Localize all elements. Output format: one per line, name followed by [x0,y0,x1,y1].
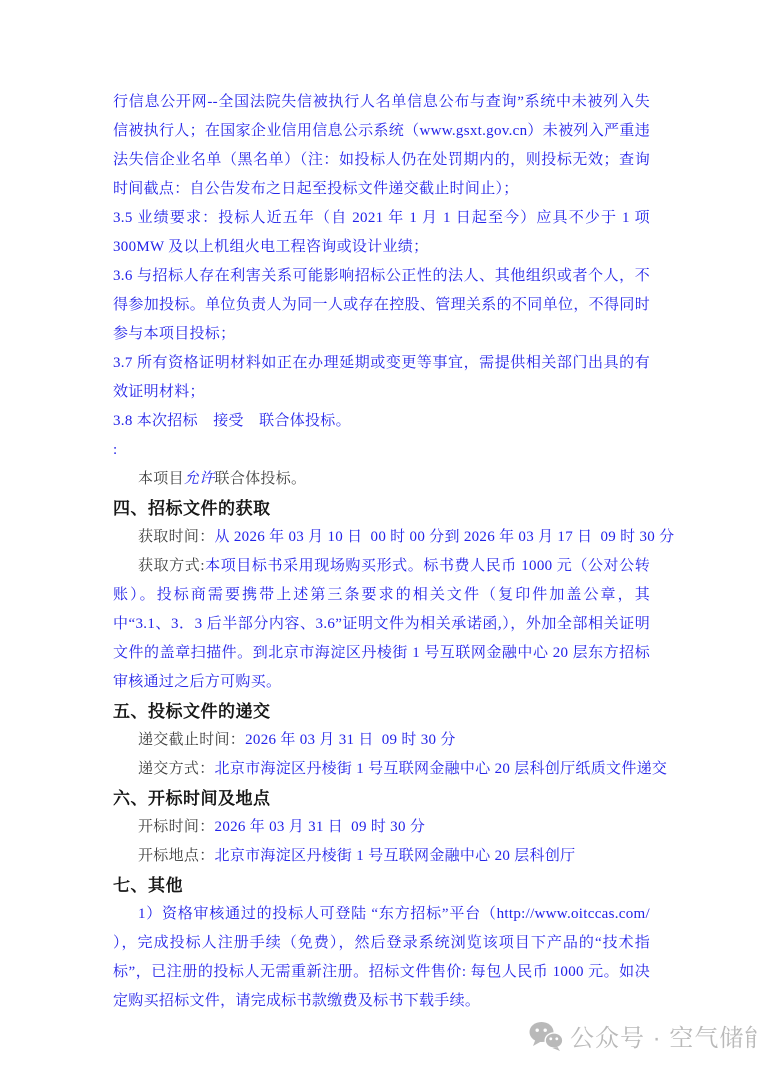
acquire-time-line: 获取时间：从 2026 年 03 月 10 日 00 时 00 分到 2026 … [113,523,650,552]
para-blacklist-continuation: 行信息公开网--全国法院失信被执行人名单信息公布与查询”系统中未被列入失信被执行… [113,88,650,204]
acquire-time-label: 获取时间： [113,529,215,545]
para-3-6-conflict-of-interest: 3.6 与招标人存在利害关系可能影响招标公正性的法人、其他组织或者个人，不得参加… [113,262,650,349]
consortium-suffix: 联合体投标。 [215,471,307,487]
submission-method-label: 递交方式： [113,761,215,777]
section-4-heading: 四、招标文件的获取 [113,494,650,523]
wechat-icon [529,1021,563,1051]
bid-opening-time-label: 开标时间： [113,819,215,835]
para-consortium-allowed: 本项目允许联合体投标。 [113,465,650,494]
acquire-method-value: 本项目标书采用现场购买形式。标书费人民币 1000 元（公对公转账）。投标商需要… [113,558,650,690]
para-3-7-certificate-materials: 3.7 所有资格证明材料如正在办理延期或变更等事宜，需提供相关部门出具的有效证明… [113,349,650,407]
bid-opening-place-label: 开标地点： [113,848,215,864]
para-3-8-consortium-accepted: 3.8 本次招标 接受 联合体投标。 [113,407,650,436]
document-page: 行信息公开网--全国法院失信被执行人名单信息公布与查询”系统中未被列入失信被执行… [113,88,650,1016]
consortium-emphasis: 允许 [184,471,215,487]
section-5-heading: 五、投标文件的递交 [113,697,650,726]
para-3-5-performance-requirement: 3.5 业绩要求：投标人近五年（自 2021 年 1 月 1 日起至今）应具不少… [113,204,650,262]
submission-method-value: 北京市海淀区丹棱街 1 号互联网金融中心 20 层科创厅纸质文件递交 [215,761,668,777]
section-7-heading: 七、其他 [113,871,650,900]
submission-deadline-value: 2026 年 03 月 31 日 09 时 30 分 [245,732,456,748]
section-6-heading: 六、开标时间及地点 [113,784,650,813]
para-other-registration: 1）资格审核通过的投标人可登陆 “东方招标”平台（http://www.oitc… [113,900,650,1016]
submission-method-line: 递交方式：北京市海淀区丹棱街 1 号互联网金融中心 20 层科创厅纸质文件递交 [113,755,650,784]
bid-opening-time-line: 开标时间：2026 年 03 月 31 日 09 时 30 分 [113,813,650,842]
wechat-label: 公众号 · 空气储能 [570,1018,757,1053]
acquire-method-paragraph: 获取方式:本项目标书采用现场购买形式。标书费人民币 1000 元（公对公转账）。… [113,552,650,697]
acquire-time-value: 从 2026 年 03 月 10 日 00 时 00 分到 2026 年 03 … [215,529,675,545]
bid-opening-place-value: 北京市海淀区丹棱街 1 号互联网金融中心 20 层科创厅 [215,848,576,864]
stray-colon: : [113,436,650,465]
acquire-method-label: 获取方式: [138,558,205,574]
footer-watermark: 公众号 · 空气储能 [529,1018,757,1053]
submission-deadline-line: 递交截止时间：2026 年 03 月 31 日 09 时 30 分 [113,726,650,755]
consortium-prefix: 本项目 [138,471,184,487]
bid-opening-place-line: 开标地点：北京市海淀区丹棱街 1 号互联网金融中心 20 层科创厅 [113,842,650,871]
submission-deadline-label: 递交截止时间： [113,732,245,748]
bid-opening-time-value: 2026 年 03 月 31 日 09 时 30 分 [215,819,426,835]
